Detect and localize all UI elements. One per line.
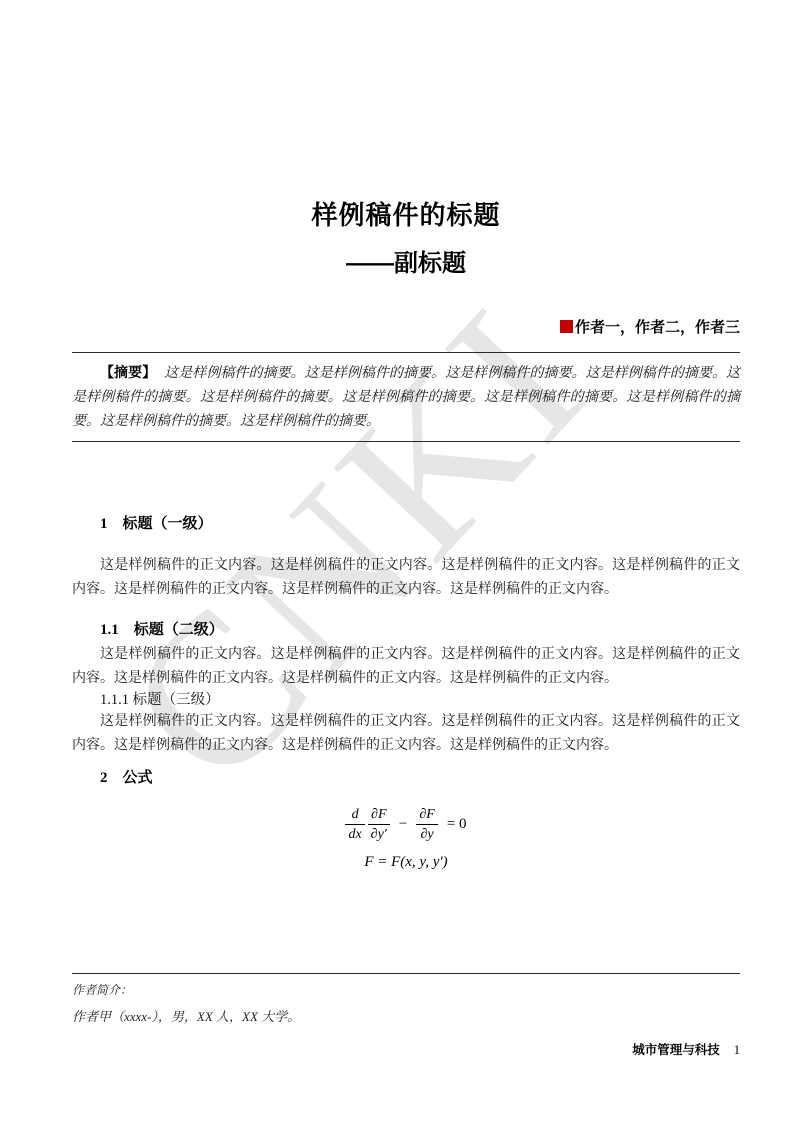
journal-name: 城市管理与科技 (632, 1043, 720, 1057)
body-paragraph-3: 这是样例稿件的正文内容。这是样例稿件的正文内容。这是样例稿件的正文内容。这是样例… (72, 710, 740, 757)
heading-level2: 1.1 标题（二级） (72, 620, 740, 641)
abstract-label: 【摘要】 (100, 364, 156, 380)
fraction-denominator: ∂y (416, 825, 437, 843)
author-bio-footnote: 作者简介： 作者甲（xxxx-），男，XX 人，XX 大学。 (72, 973, 740, 1025)
abstract-box: 【摘要】这是样例稿件的摘要。这是样例稿件的摘要。这是样例稿件的摘要。这是样例稿件… (72, 352, 740, 442)
fraction-numerator: ∂F (368, 806, 390, 825)
abstract-text: 这是样例稿件的摘要。这是样例稿件的摘要。这是样例稿件的摘要。这是样例稿件的摘要。… (72, 366, 740, 429)
authors-text: 作者一，作者二，作者三 (575, 319, 740, 336)
heading-formula-section: 2 公式 (72, 768, 740, 789)
fraction-d-dx: d dx (345, 806, 364, 843)
page-number: 1 (734, 1043, 740, 1057)
document-page: CNKI 样例稿件的标题 ——副标题 作者一，作者二，作者三 【摘要】这是样例稿… (0, 0, 794, 1123)
function-definition: F = F(x, y, y′) (72, 850, 740, 874)
heading-level3: 1.1.1 标题（三级） (72, 690, 740, 710)
body-paragraph-2: 这是样例稿件的正文内容。这是样例稿件的正文内容。这是样例稿件的正文内容。这是样例… (72, 643, 740, 690)
article-title: 样例稿件的标题 (72, 197, 740, 233)
red-square-icon (560, 320, 573, 333)
fraction-numerator: d (345, 806, 364, 825)
fraction-dF-dyprime: ∂F ∂y′ (368, 806, 390, 843)
authors-line: 作者一，作者二，作者三 (72, 317, 740, 339)
bio-label: 作者简介： (72, 982, 740, 998)
body-paragraph-1: 这是样例稿件的正文内容。这是样例稿件的正文内容。这是样例稿件的正文内容。这是样例… (72, 554, 740, 601)
bio-text: 作者甲（xxxx-），男，XX 人，XX 大学。 (72, 1008, 740, 1025)
equals-zero: = 0 (447, 803, 467, 845)
heading-level1: 1 标题（一级） (72, 514, 740, 535)
article-subtitle: ——副标题 (72, 247, 740, 281)
fraction-denominator: ∂y′ (368, 825, 390, 843)
euler-lagrange-equation: d dx ∂F ∂y′ − ∂F ∂y = 0 (72, 803, 740, 845)
abstract-paragraph: 【摘要】这是样例稿件的摘要。这是样例稿件的摘要。这是样例稿件的摘要。这是样例稿件… (72, 360, 740, 434)
minus-operator: − (399, 803, 407, 845)
fraction-dF-dy: ∂F ∂y (416, 806, 437, 843)
formula-block: d dx ∂F ∂y′ − ∂F ∂y = 0 F = F(x, y, y′) (72, 803, 740, 874)
page-content: 样例稿件的标题 ——副标题 作者一，作者二，作者三 【摘要】这是样例稿件的摘要。… (72, 0, 740, 874)
fraction-numerator: ∂F (416, 806, 437, 825)
fraction-denominator: dx (345, 825, 364, 843)
page-footer: 城市管理与科技1 (72, 1040, 740, 1059)
